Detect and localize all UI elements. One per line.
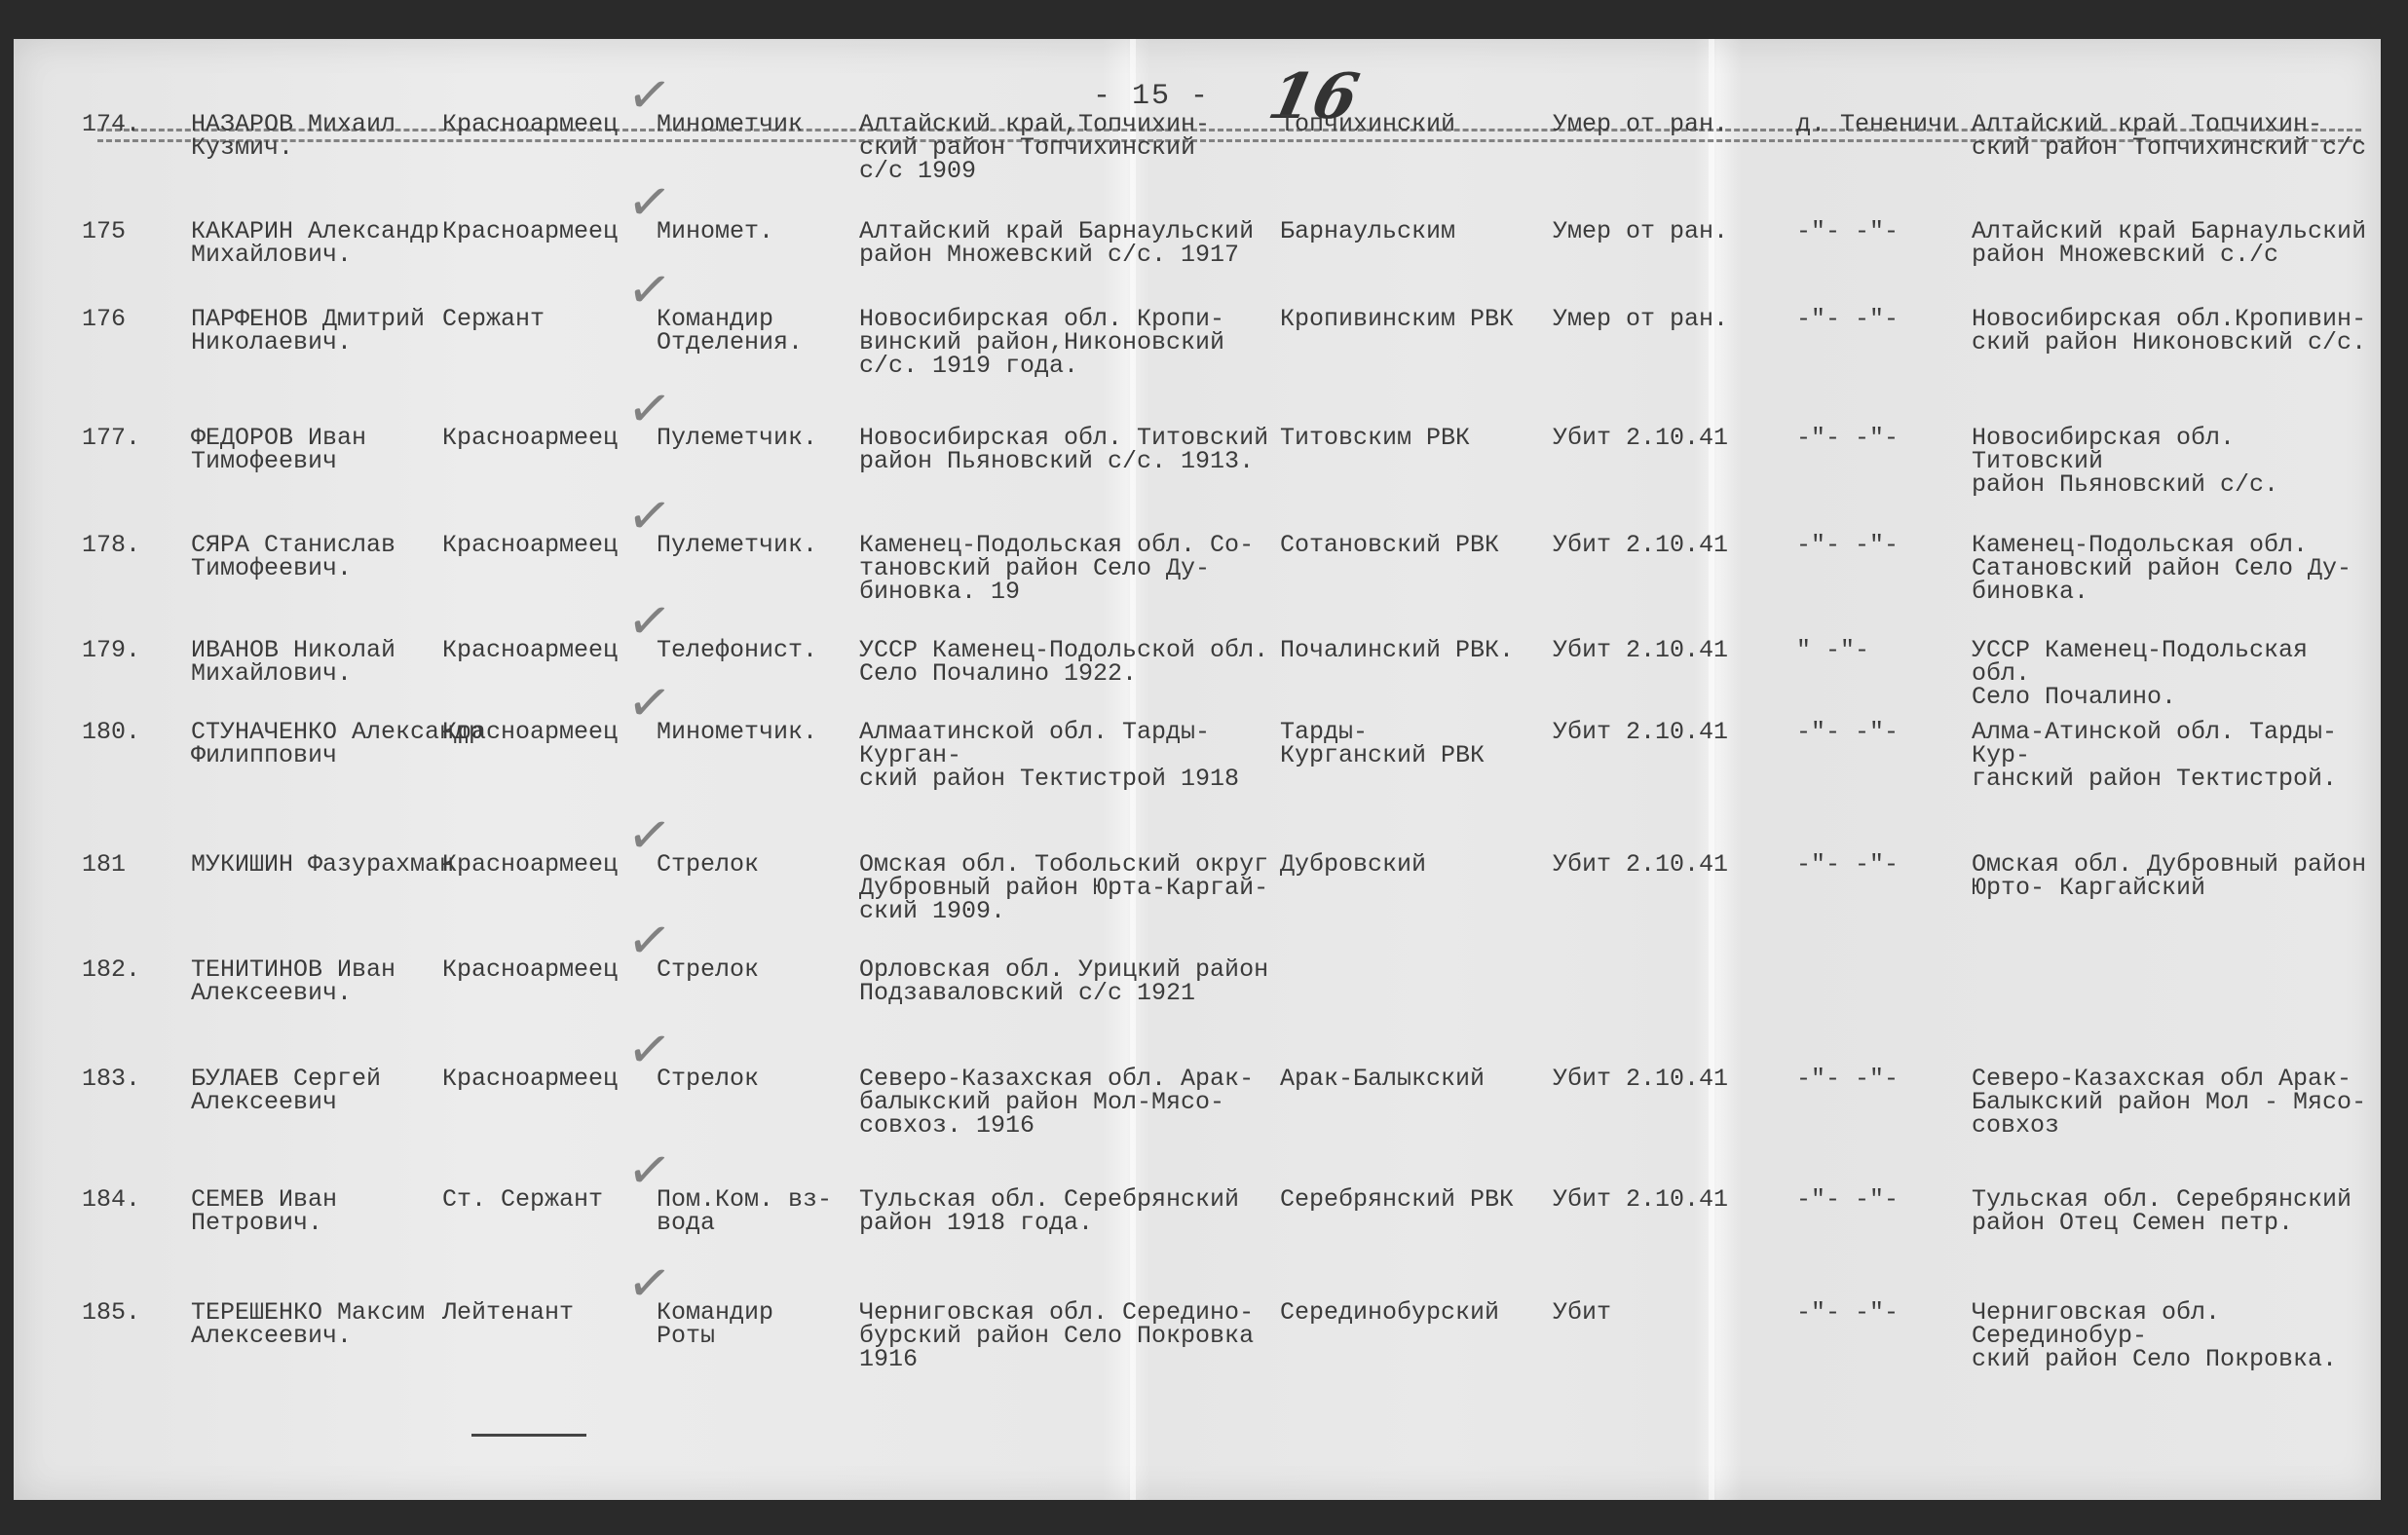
record-number: 174. (82, 113, 140, 136)
checkmark-icon: ✓ (626, 1269, 673, 1298)
birthplace-year: Алтайский край Барнаульский район Множев… (859, 220, 1278, 267)
draft-office: Почалинский РВК. (1280, 639, 1562, 662)
burial-place: -"- -"- (1796, 1301, 1991, 1325)
military-rank: Красноармеец (442, 721, 618, 744)
birthplace-year: Новосибирская обл. Кропи- винский район,… (859, 308, 1278, 378)
fate-date: Умер от ран. (1553, 308, 1796, 331)
burial-place: -"- -"- (1796, 220, 1991, 243)
draft-office: Серебрянский РВК (1280, 1188, 1562, 1212)
record-number: 177. (82, 427, 140, 450)
position: Стрелок (657, 853, 851, 877)
position: Пулеметчик. (657, 534, 851, 557)
military-rank: Сержант (442, 308, 545, 331)
record-number: 178. (82, 534, 140, 557)
position: Миномет. (657, 220, 851, 243)
checkmark-icon: ✓ (626, 607, 673, 636)
birthplace-year: Новосибирская обл. Титовский район Пьяно… (859, 427, 1278, 473)
birthplace-year: Омская обл. Тобольский округ Дубровный р… (859, 853, 1278, 923)
family-address: Северо-Казахская обл Арак- Балыкский рай… (1972, 1067, 2371, 1138)
burial-place: -"- -"- (1796, 853, 1991, 877)
military-rank: Красноармеец (442, 853, 618, 877)
military-rank: Красноармеец (442, 427, 618, 450)
fate-date: Умер от ран. (1553, 113, 1796, 136)
military-rank: Красноармеец (442, 534, 618, 557)
checkmark-icon: ✓ (626, 394, 673, 424)
burial-place: -"- -"- (1796, 721, 1991, 744)
draft-office: Кропивинским РВК (1280, 308, 1562, 331)
checkmark-icon: ✓ (626, 81, 673, 110)
record-number: 180. (82, 721, 140, 744)
document-sheet: - 15 - 16 174. НАЗАРОВ Михаил Кузмич. Кр… (14, 39, 2381, 1500)
birthplace-year: Северо-Казахская обл. Арак- балыкский ра… (859, 1067, 1278, 1138)
position: Командир Роты (657, 1301, 851, 1348)
draft-office: Топчихинский (1280, 113, 1562, 136)
record-number: 175 (82, 220, 126, 243)
burial-place: " -"- (1796, 639, 1991, 662)
record-number: 185. (82, 1301, 140, 1325)
checkmark-icon: ✓ (626, 926, 673, 955)
checkmark-icon: ✓ (626, 276, 673, 305)
record-number: 183. (82, 1067, 140, 1091)
checkmark-icon: ✓ (626, 188, 673, 217)
family-address: Алма-Атинской обл. Тарды-Кур- ганский ра… (1972, 721, 2371, 791)
full-name: ПАРФЕНОВ Дмитрий Николаевич. (191, 308, 620, 355)
fate-date: Убит 2.10.41 (1553, 427, 1796, 450)
position: Командир Отделения. (657, 308, 851, 355)
burial-place: -"- -"- (1796, 1188, 1991, 1212)
military-rank: Красноармеец (442, 639, 618, 662)
birthplace-year: Орловская обл. Урицкий район Подзаваловс… (859, 958, 1278, 1005)
family-address: Алтайский край Барнаульский район Множев… (1972, 220, 2371, 267)
position: Телефонист. (657, 639, 851, 662)
pen-underline (471, 1434, 586, 1437)
birthplace-year: Каменец-Подольская обл. Со- тановский ра… (859, 534, 1278, 604)
fate-date: Убит 2.10.41 (1553, 1067, 1796, 1091)
birthplace-year: Тульская обл. Серебрянский район 1918 го… (859, 1188, 1278, 1235)
military-rank: Красноармеец (442, 220, 618, 243)
birthplace-year: Алтайский край,Топчихин- ский район Топч… (859, 113, 1278, 183)
fate-date: Убит 2.10.41 (1553, 534, 1796, 557)
draft-office: Арак-Балыкский (1280, 1067, 1562, 1091)
position: Минометчик (657, 113, 851, 136)
fate-date: Убит 2.10.41 (1553, 721, 1796, 744)
position: Пом.Ком. вз- вода (657, 1188, 851, 1235)
record-number: 182. (82, 958, 140, 982)
burial-place: -"- -"- (1796, 427, 1991, 450)
family-address: Омская обл. Дубровный район Юрто- Каргай… (1972, 853, 2371, 900)
record-number: 184. (82, 1188, 140, 1212)
burial-place: д. Тененичи (1796, 113, 1991, 136)
checkmark-icon: ✓ (626, 1156, 673, 1185)
draft-office: Серединобурский (1280, 1301, 1562, 1325)
family-address: Тульская обл. Серебрянский район Отец Се… (1972, 1188, 2371, 1235)
draft-office: Сотановский РВК (1280, 534, 1562, 557)
draft-office: Тарды- Курганский РВК (1280, 721, 1562, 767)
family-address: УССР Каменец-Подольская обл. Село Почали… (1972, 639, 2371, 709)
draft-office: Дубровский (1280, 853, 1562, 877)
draft-office: Титовским РВК (1280, 427, 1562, 450)
record-number: 181 (82, 853, 126, 877)
checkmark-icon: ✓ (626, 502, 673, 531)
position: Стрелок (657, 1067, 851, 1091)
record-number: 176 (82, 308, 126, 331)
fate-date: Убит 2.10.41 (1553, 1188, 1796, 1212)
position: Стрелок (657, 958, 851, 982)
checkmark-icon: ✓ (626, 821, 673, 850)
checkmark-icon: ✓ (626, 1035, 673, 1065)
military-rank: Красноармеец (442, 1067, 618, 1091)
birthplace-year: УССР Каменец-Подольской обл. Село Почали… (859, 639, 1278, 686)
military-rank: Лейтенант (442, 1301, 574, 1325)
burial-place: -"- -"- (1796, 308, 1991, 331)
record-number: 179. (82, 639, 140, 662)
fate-date: Убит (1553, 1301, 1796, 1325)
birthplace-year: Алмаатинской обл. Тарды-Курган- ский рай… (859, 721, 1278, 791)
fate-date: Умер от ран. (1553, 220, 1796, 243)
fate-date: Убит 2.10.41 (1553, 639, 1796, 662)
draft-office: Барнаульским (1280, 220, 1562, 243)
family-address: Новосибирская обл. Титовский район Пьяно… (1972, 427, 2371, 497)
family-address: Черниговская обл. Серединобур- ский райо… (1972, 1301, 2371, 1371)
page-number: - 15 - (1093, 80, 1210, 113)
military-rank: Красноармеец (442, 958, 618, 982)
military-rank: Ст. Сержант (442, 1188, 603, 1212)
birthplace-year: Черниговская обл. Середино- бурский райо… (859, 1301, 1278, 1371)
fate-date: Убит 2.10.41 (1553, 853, 1796, 877)
fold-line (1709, 39, 1714, 1500)
military-rank: Красноармеец (442, 113, 618, 136)
checkmark-icon: ✓ (626, 689, 673, 718)
family-address: Новосибирская обл.Кропивин- ский район Н… (1972, 308, 2371, 355)
burial-place: -"- -"- (1796, 1067, 1991, 1091)
family-address: Каменец-Подольская обл. Сатановский райо… (1972, 534, 2371, 604)
family-address: Алтайский край Топчихин- ский район Топч… (1972, 113, 2371, 160)
position: Минометчик. (657, 721, 851, 744)
position: Пулеметчик. (657, 427, 851, 450)
burial-place: -"- -"- (1796, 534, 1991, 557)
